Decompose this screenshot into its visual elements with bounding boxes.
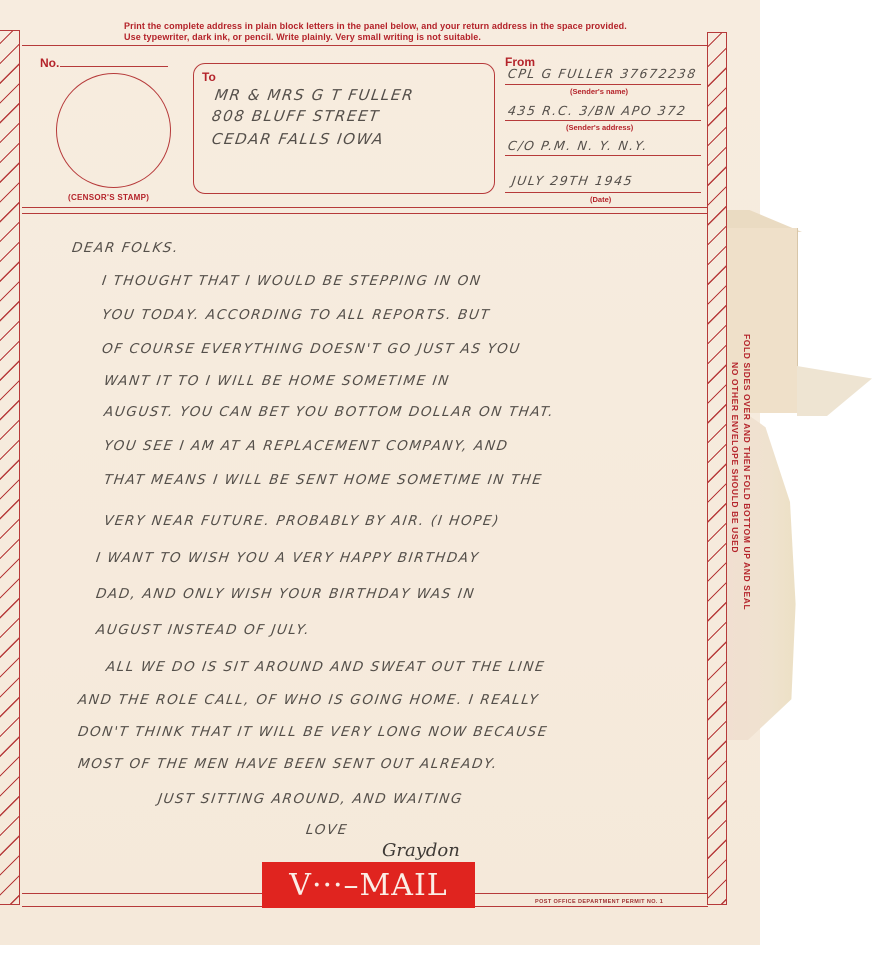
sender-name: Cpl G Fuller 37672238 <box>507 66 698 81</box>
torn-flap-corner <box>797 366 872 416</box>
number-label: No. <box>40 56 59 70</box>
letter-line: August. You can bet you bottom dollar on… <box>103 404 556 420</box>
recipient-line-1: Mr & Mrs G T Fuller <box>214 86 416 104</box>
letter-line: want it to I will be home sometime in <box>103 373 451 389</box>
vmail-banner: V···–MAIL <box>262 862 475 908</box>
sender-name-line <box>505 84 701 85</box>
footer-rule-left <box>22 893 262 894</box>
vmail-letter-sheet: Print the complete address in plain bloc… <box>0 0 760 945</box>
footer-rule-right <box>475 893 708 894</box>
letter-closing: Love <box>305 822 349 838</box>
header-top-rule <box>22 45 708 46</box>
number-field-line <box>60 66 168 67</box>
postal-permit: POST OFFICE DEPARTMENT PERMIT NO. 1 <box>535 899 663 905</box>
censor-stamp-label: (CENSOR'S STAMP) <box>68 193 149 202</box>
sender-address-2: c/o P.M. N. Y. N.Y. <box>507 138 649 153</box>
letter-line: Just sitting around, and waiting <box>157 791 464 807</box>
sender-name-caption: (Sender's name) <box>570 87 628 96</box>
recipient-line-2: 808 Bluff Street <box>211 107 381 125</box>
letter-line: August instead of July. <box>95 622 312 638</box>
letter-line: you today. According to all reports. But <box>101 307 492 323</box>
sender-address-1: 435 R.C. 3/BN APO 372 <box>507 103 688 118</box>
sender-address-line <box>505 120 701 121</box>
left-hatched-margin <box>0 30 20 905</box>
right-hatched-margin <box>707 32 727 905</box>
sender-address-caption: (Sender's address) <box>566 123 633 132</box>
to-label: To <box>202 70 216 84</box>
header-bottom-rule <box>22 207 708 208</box>
letter-line: All we do is sit around and sweat out th… <box>105 659 546 675</box>
letter-line: You see I am at a replacement company, a… <box>103 438 510 454</box>
letter-line: don't think that it will be very long no… <box>77 724 549 740</box>
fold-instruction-line-2: NO OTHER ENVELOPE SHOULD BE USED <box>730 362 740 553</box>
letter-line: I thought that I would be stepping in on <box>101 273 483 289</box>
letter-date: July 29th 1945 <box>511 173 634 188</box>
recipient-line-3: Cedar Falls Iowa <box>211 130 386 148</box>
letter-line: that means I will be sent home sometime … <box>103 472 544 488</box>
letter-line: very near future. Probably by air. (I ho… <box>103 513 501 529</box>
sender-address-line-2 <box>505 155 701 156</box>
letter-line: and the role call, of who is going home.… <box>77 692 540 708</box>
header-bottom-rule-2 <box>22 213 708 214</box>
letter-signature: Graydon <box>382 840 460 861</box>
date-caption: (Date) <box>590 195 611 204</box>
letter-line: of course everything doesn't go just as … <box>101 341 522 357</box>
date-line <box>505 192 701 193</box>
letter-line: I want to wish you a very Happy Birthday <box>95 550 481 566</box>
letter-line: most of the men have been sent out alrea… <box>77 756 499 772</box>
censor-stamp-circle <box>56 73 171 188</box>
form-instructions: Print the complete address in plain bloc… <box>124 21 644 43</box>
recipient-address-panel <box>193 63 495 194</box>
letter-line: Dad, and only wish your birthday was in <box>95 586 476 602</box>
fold-instruction-line-1: FOLD SIDES OVER AND THEN FOLD BOTTOM UP … <box>742 334 752 610</box>
letter-greeting: Dear Folks. <box>71 240 180 256</box>
